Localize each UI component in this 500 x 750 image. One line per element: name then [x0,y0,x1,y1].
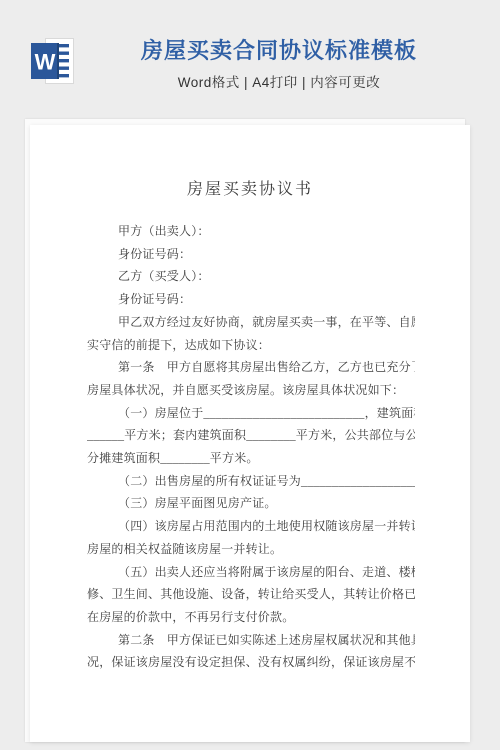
document-line: （二）出售房屋的所有权证证号为____________________。 [87,470,415,493]
template-header: W 房屋买卖合同协议标准模板 Word格式 | A4打印 | 内容可更改 [0,0,500,118]
document-line: 身份证号码： [87,243,415,266]
template-preview-screen: W 房屋买卖合同协议标准模板 Word格式 | A4打印 | 内容可更改 房屋买… [0,0,500,750]
document-body: 甲方（出卖人）：身份证号码：乙方（买受人）：身份证号码：甲乙双方经过友好协商，就… [87,220,415,674]
document-line: 第一条 甲方自愿将其房屋出售给乙方，乙方也已充分了解该 [87,356,415,379]
document-line: （四）该房屋占用范围内的土地使用权随该房屋一并转让，该 [87,515,415,538]
document-line: （一）房屋位于__________________________，建筑面积__… [87,402,415,425]
document-line: 甲方（出卖人）： [87,220,415,243]
document-line: 修、卫生间、其他设施、设备，转让给买受人，其转让价格已包含 [87,583,415,606]
document-line: 乙方（买受人）： [87,265,415,288]
document-line: 分摊建筑面积________平方米。 [87,447,415,470]
document-line: ______平方米；套内建筑面积________平方米，公共部位与公用房屋 [87,424,415,447]
document-line: 身份证号码： [87,288,415,311]
document-line: 第二条 甲方保证已如实陈述上述房屋权属状况和其他具体状 [87,629,415,652]
document-line: 房屋具体状况，并自愿买受该房屋。该房屋具体状况如下： [87,379,415,402]
document-title: 房屋买卖协议书 [30,176,470,199]
document-line: 房屋的相关权益随该房屋一并转让。 [87,538,415,561]
word-icon-svg: W [30,37,76,87]
word-icon: W [30,37,76,87]
document-line: （三）房屋平面图见房产证。 [87,492,415,515]
document-line: 况，保证该房屋没有设定担保、没有权属纠纷，保证该房屋不受他 [87,651,415,674]
word-icon-letter: W [35,50,56,75]
document-line: 实守信的前提下，达成如下协议： [87,334,415,357]
document-line: （五）出卖人还应当将附属于该房屋的阳台、走道、楼梯、装 [87,561,415,584]
template-title: 房屋买卖合同协议标准模板 [76,38,482,64]
document-line: 在房屋的价款中，不再另行支付价款。 [87,606,415,629]
header-text-block: 房屋买卖合同协议标准模板 Word格式 | A4打印 | 内容可更改 [76,38,482,91]
document-line: 甲乙双方经过友好协商，就房屋买卖一事，在平等、自愿、诚 [87,311,415,334]
document-page: 房屋买卖协议书 甲方（出卖人）：身份证号码：乙方（买受人）：身份证号码：甲乙双方… [30,125,470,742]
template-subtitle: Word格式 | A4打印 | 内容可更改 [76,71,482,91]
